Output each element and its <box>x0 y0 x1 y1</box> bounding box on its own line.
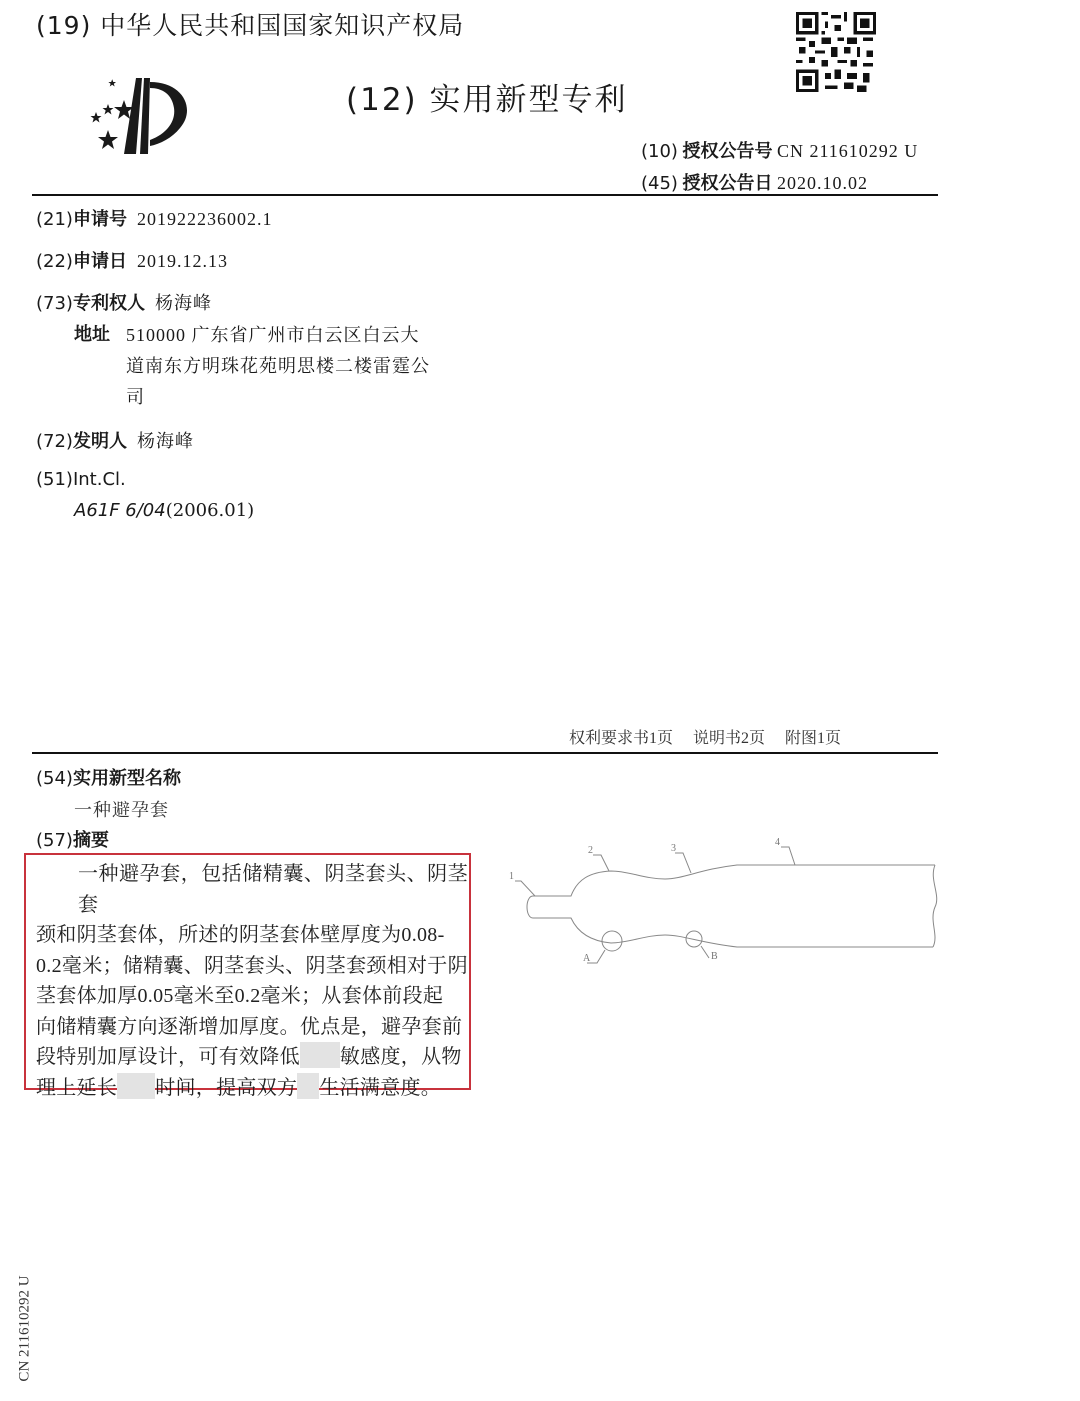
abstract-fragment: 理上延长 <box>36 1077 117 1099</box>
field-code: (22) <box>36 251 73 272</box>
publication-number-code: (10) <box>641 141 678 162</box>
ipc-classification: A61F 6/04(2006.01) <box>74 500 254 521</box>
patentee-row: (73)专利权人杨海峰 <box>36 289 212 315</box>
abstract-line: 0.2毫米；储精囊、阴茎套头、阴茎套颈相对于阴 <box>36 951 468 982</box>
field-label: Int.Cl. <box>73 469 126 490</box>
field-label: 摘要 <box>73 830 109 851</box>
field-label: 申请号 <box>73 209 127 230</box>
ipc-class: A61F 6/04 <box>74 500 166 521</box>
address-line: 道南东方明珠花苑明思楼二楼雷霆公 <box>126 351 476 382</box>
ipc-version: (2006.01) <box>166 500 254 521</box>
address-lines: 510000 广东省广州市白云区白云大 道南东方明珠花苑明思楼二楼雷霆公 司 <box>126 320 476 413</box>
abstract-fragment: 时间，提高双方 <box>155 1077 297 1099</box>
cnipa-logo-icon <box>84 74 196 158</box>
page-counts: 权利要求书1页说明书2页附图1页 <box>569 725 861 748</box>
utility-model-title: 一种避孕套 <box>74 796 169 822</box>
abstract-line: 段特别加厚设计，可有效降低敏感度，从物 <box>36 1042 468 1073</box>
field-code: (72) <box>36 431 73 452</box>
publication-date-label: 授权公告日 <box>682 173 772 194</box>
field-label: 申请日 <box>73 251 127 272</box>
publication-date-code: (45) <box>641 173 678 194</box>
field-code: (21) <box>36 209 73 230</box>
abstract-highlight-box: 一种避孕套，包括储精囊、阴茎套头、阴茎套 颈和阴茎套体，所述的阴茎套体壁厚度为0… <box>24 853 471 1090</box>
header-divider <box>32 194 938 196</box>
redaction-block <box>300 1042 340 1068</box>
redaction-block <box>117 1073 155 1099</box>
section-divider <box>32 752 938 754</box>
document-type-title: (12) 实用新型专利 <box>346 74 628 119</box>
publication-number: (10) 授权公告号 CN 211610292 U <box>641 137 918 163</box>
field-code: (73) <box>36 293 73 314</box>
publication-number-label: 授权公告号 <box>682 141 772 162</box>
abstract-fragment: 生活满意度。 <box>319 1077 441 1099</box>
field-code: (57) <box>36 830 73 851</box>
description-page-count: 说明书2页 <box>693 730 765 747</box>
inventor-row: (72)发明人杨海峰 <box>36 427 194 453</box>
drawing-label-2: 2 <box>588 845 593 856</box>
abstract-fragment: 段特别加厚设计，可有效降低 <box>36 1046 300 1068</box>
application-number-value[interactable]: 201922236002.1 <box>137 209 273 229</box>
office-name: (19) 中华人民共和国国家知识产权局 <box>36 6 464 42</box>
utility-model-title-heading: (54)实用新型名称 <box>36 764 181 790</box>
drawing-label-3: 3 <box>671 843 676 854</box>
inventor-value: 杨海峰 <box>137 431 194 451</box>
patentee-value: 杨海峰 <box>155 293 212 313</box>
publication-date-value: 2020.10.02 <box>777 173 868 193</box>
ipc-row: (51)Int.Cl. <box>36 469 126 490</box>
field-label: 实用新型名称 <box>73 768 181 789</box>
drawing-label-4: 4 <box>775 837 780 848</box>
abstract-line: 一种避孕套，包括储精囊、阴茎套头、阴茎套 <box>36 859 468 920</box>
filing-date-value: 2019.12.13 <box>137 251 228 271</box>
field-code: (51) <box>36 469 73 490</box>
field-label: 发明人 <box>73 431 127 452</box>
abstract-line: 向储精囊方向逐渐增加厚度。优点是，避孕套前 <box>36 1012 468 1043</box>
abstract-line: 颈和阴茎套体，所述的阴茎套体壁厚度为0.08- <box>36 920 468 951</box>
patent-drawing: 1 2 3 4 A B <box>505 825 945 965</box>
drawings-page-count: 附图1页 <box>785 730 841 747</box>
abstract-text: 一种避孕套，包括储精囊、阴茎套头、阴茎套 颈和阴茎套体，所述的阴茎套体壁厚度为0… <box>36 859 468 1103</box>
abstract-fragment: 敏感度，从物 <box>340 1046 462 1068</box>
qr-code-icon <box>796 12 876 92</box>
address-line: 510000 广东省广州市白云区白云大 <box>126 320 476 351</box>
drawing-label-a: A <box>583 953 591 964</box>
publication-number-value[interactable]: CN 211610292 U <box>777 141 918 161</box>
redaction-block <box>297 1073 319 1099</box>
publication-date: (45) 授权公告日 2020.10.02 <box>641 169 868 195</box>
side-publication-number: CN 211610292 U <box>17 1254 34 1401</box>
abstract-heading: (57)摘要 <box>36 826 109 852</box>
field-label: 专利权人 <box>73 293 145 314</box>
abstract-line: 茎套体加厚0.05毫米至0.2毫米；从套体前段起 <box>36 981 468 1012</box>
drawing-label-b: B <box>711 951 718 962</box>
claims-page-count: 权利要求书1页 <box>569 730 673 747</box>
drawing-label-1: 1 <box>509 871 514 882</box>
field-code: (54) <box>36 768 73 789</box>
address-line: 司 <box>126 382 476 413</box>
application-number-row: (21)申请号201922236002.1 <box>36 205 272 231</box>
filing-date-row: (22)申请日2019.12.13 <box>36 247 228 273</box>
address-label: 地址 <box>74 320 110 346</box>
abstract-line: 理上延长时间，提高双方生活满意度。 <box>36 1073 468 1104</box>
